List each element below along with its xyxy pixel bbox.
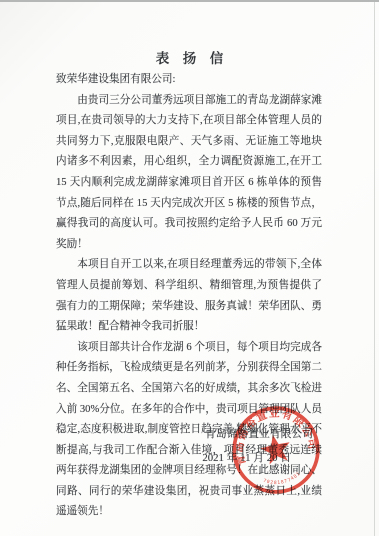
letter-page: 表 扬 信 致荣华建设集团有限公司: 由贵司三分公司董秀远项目部施工的青岛龙湖薛…	[0, 0, 379, 536]
letter-title: 表 扬 信	[0, 47, 379, 67]
scan-top-edge	[0, 0, 379, 2]
scan-right-edge	[374, 2, 375, 536]
company-seal: 青岛锦裕置业有限公司 3702818774810	[221, 395, 330, 504]
paragraph-2: 本项目自开工以来,在项目经理董秀远的带领下,全体管理人员提前筹划、科学组织、精细…	[56, 255, 322, 337]
salutation: 致荣华建设集团有限公司:	[56, 70, 322, 91]
paragraph-1: 由贵司三分公司董秀远项目部施工的青岛龙湖薛家滩项目,在贵司领导的大力支持下,在项…	[56, 91, 322, 256]
seal-star-icon	[258, 432, 293, 466]
